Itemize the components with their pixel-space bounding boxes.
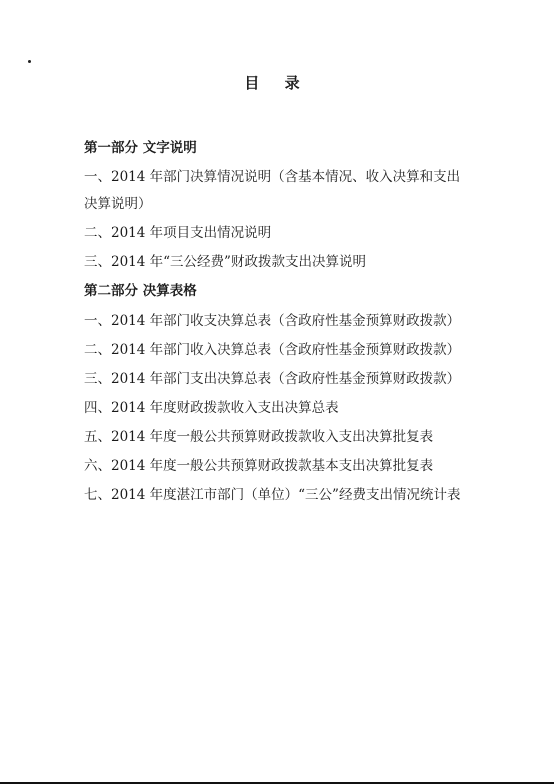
toc-item: 一、2014 年部门收支决算总表（含政府性基金预算财政拨款）	[84, 309, 460, 329]
toc-item: 二、2014 年部门收入决算总表（含政府性基金预算财政拨款）	[84, 338, 460, 358]
toc-item: 二、2014 年项目支出情况说明	[84, 221, 271, 241]
toc-item: 四、2014 年度财政拨款收入支出决算总表	[84, 396, 339, 416]
part1-heading: 第一部分 文字说明	[84, 136, 197, 156]
part2-heading: 第二部分 决算表格	[84, 279, 197, 299]
toc-item: 一、2014 年部门决算情况说明（含基本情况、收入决算和支出	[84, 165, 460, 185]
scan-dot	[28, 60, 31, 63]
page-title: 目 录	[0, 72, 554, 93]
toc-item: 三、2014 年部门支出决算总表（含政府性基金预算财政拨款）	[84, 367, 460, 387]
toc-item-continuation: 决算说明）	[84, 192, 152, 212]
toc-item: 三、2014 年“三公经费”财政拨款支出决算说明	[84, 250, 366, 270]
toc-item: 六、2014 年度一般公共预算财政拨款基本支出决算批复表	[84, 454, 433, 474]
toc-item: 七、2014 年度湛江市部门（单位）“三公”经费支出情况统计表	[84, 483, 460, 503]
toc-item: 五、2014 年度一般公共预算财政拨款收入支出决算批复表	[84, 425, 433, 445]
